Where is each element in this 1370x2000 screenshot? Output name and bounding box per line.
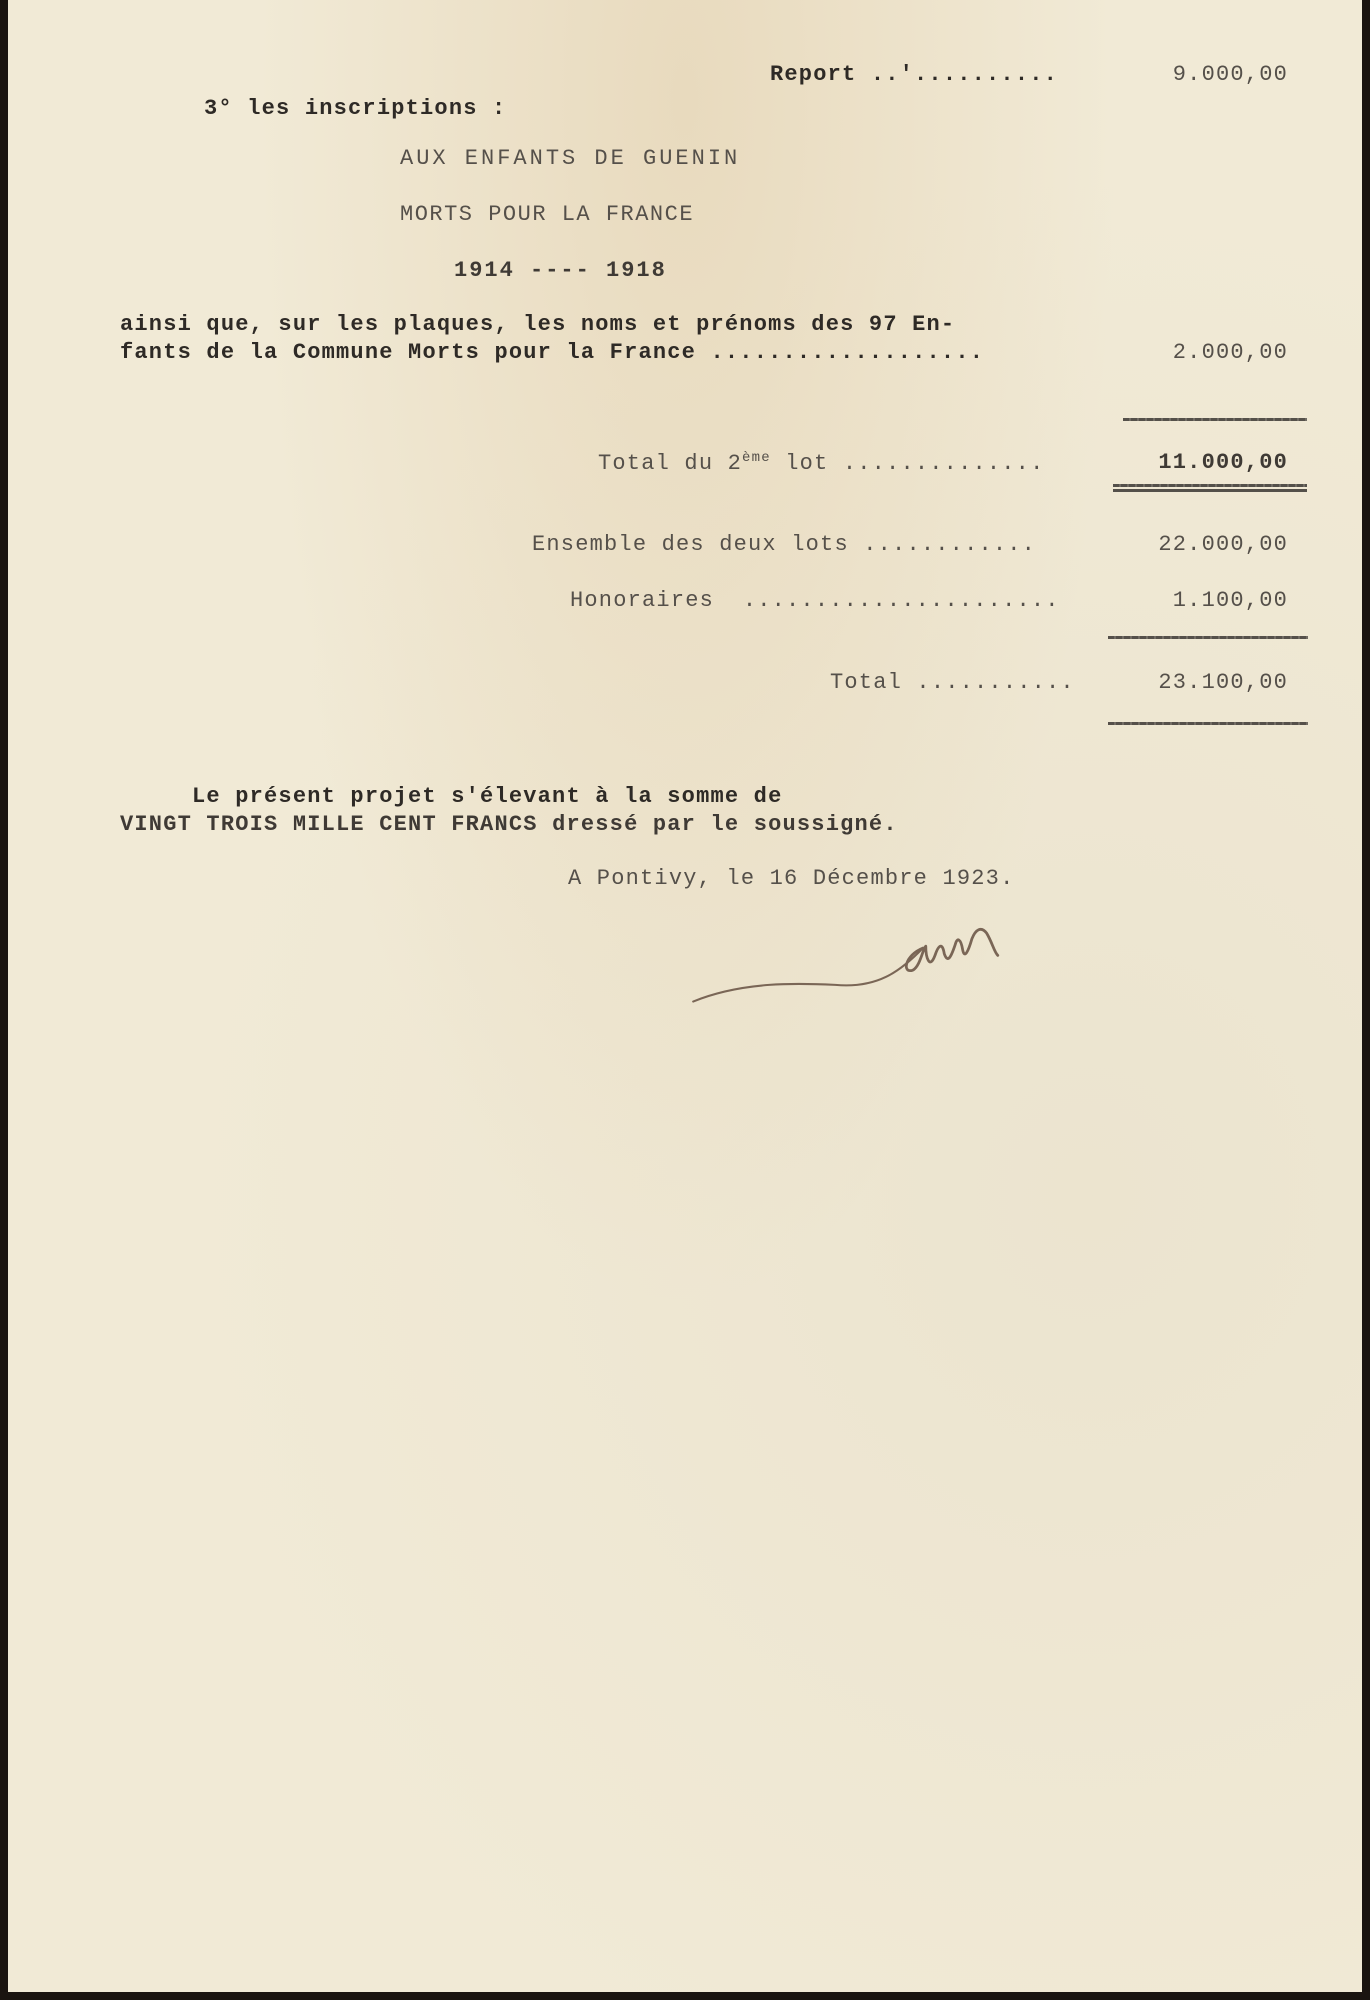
total-lot2-double-rule	[1113, 484, 1307, 487]
ensemble-amount: 22.000,00	[1128, 532, 1288, 557]
names-item-line-1: ainsi que, sur les plaques, les noms et …	[120, 312, 955, 337]
subtotal-rule	[1123, 418, 1307, 421]
grand-total-underline	[1108, 722, 1308, 725]
grand-total-rule	[1108, 636, 1308, 639]
total-lot2-label-sup: ème	[742, 450, 771, 466]
ensemble-label: Ensemble des deux lots ............	[532, 532, 1036, 557]
place-date: A Pontivy, le 16 Décembre 1923.	[568, 866, 1014, 891]
honoraires-label: Honoraires ......................	[570, 588, 1060, 613]
inscription-years: 1914 ---- 1918	[454, 258, 667, 283]
document-page: Report ..'.......... 9.000,00 3° les ins…	[8, 0, 1362, 1992]
closing-line-2: VINGT TROIS MILLE CENT FRANCS dressé par…	[120, 812, 898, 837]
inscription-line-2: MORTS POUR LA FRANCE	[400, 202, 694, 227]
grand-total-label: Total ...........	[830, 670, 1075, 695]
total-lot2-label: Total du 2ème lot ..............	[598, 450, 1045, 476]
names-item-amount: 2.000,00	[1128, 340, 1288, 365]
names-item-line-2: fants de la Commune Morts pour la France…	[120, 340, 984, 365]
total-lot2-label-post: lot ..............	[771, 451, 1045, 476]
section-heading: 3° les inscriptions :	[204, 96, 506, 121]
report-amount: 9.000,00	[1128, 62, 1288, 87]
signature-icon	[673, 900, 1053, 1020]
honoraires-amount: 1.100,00	[1128, 588, 1288, 613]
report-label: Report ..'..........	[770, 62, 1058, 87]
inscription-line-1: AUX ENFANTS DE GUENIN	[400, 146, 740, 171]
total-lot2-label-pre: Total du 2	[598, 451, 742, 476]
total-lot2-amount: 11.000,00	[1128, 450, 1288, 475]
grand-total-amount: 23.100,00	[1128, 670, 1288, 695]
closing-line-1: Le présent projet s'élevant à la somme d…	[192, 784, 783, 809]
